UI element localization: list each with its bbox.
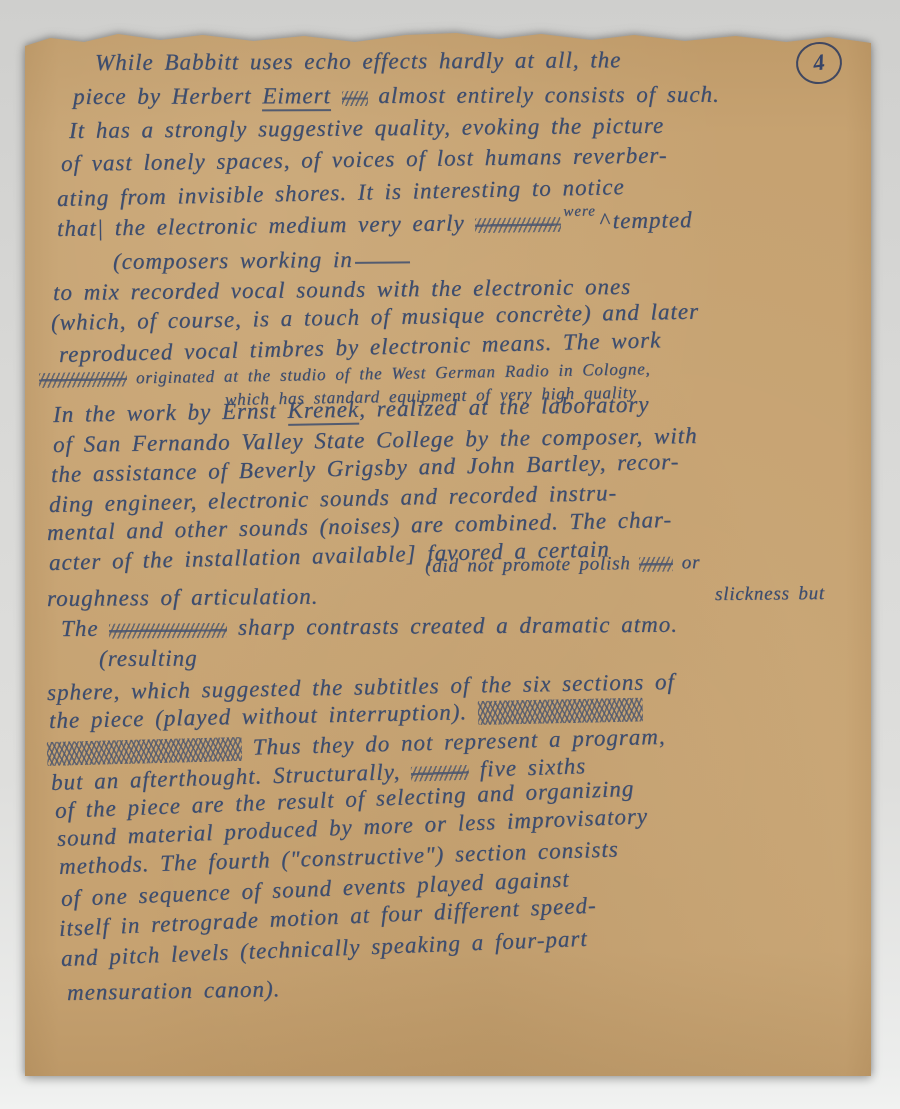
text-segment: ^: [599, 208, 610, 233]
text-segment: (resulting: [99, 645, 198, 671]
scribble-strikeout: [109, 623, 227, 639]
text-segment: It has a strongly suggestive quality, ev…: [69, 113, 664, 143]
text-segment: were: [563, 203, 596, 219]
text-segment: that| the electronic medium very early: [57, 210, 476, 241]
text-segment: While Babbitt uses echo effects hardly a…: [95, 47, 621, 75]
scribble-strikeout: [39, 371, 127, 388]
text-segment: (did not promote polish: [425, 553, 639, 577]
text-segment: slickness but: [715, 583, 825, 605]
scribble-strikeout: [342, 91, 368, 106]
manuscript-line: In the work by Ernst Krenek, realized at…: [53, 392, 650, 428]
text-segment: piece by Herbert: [73, 83, 262, 109]
text-segment: of vast lonely spaces, of voices of lost…: [61, 143, 668, 176]
text-segment: to mix recorded vocal sounds with the el…: [53, 274, 631, 305]
text-segment: ating from invisible shores. It is inter…: [57, 174, 625, 211]
text-segment: sharp contrasts created a dramatic atmo.: [227, 612, 678, 640]
text-segment: (composers working in: [113, 247, 353, 274]
manuscript-line: of vast lonely spaces, of voices of lost…: [61, 143, 668, 177]
text-segment: The: [61, 616, 109, 641]
text-segment: roughness of articulation.: [47, 584, 319, 611]
manuscript-line: It has a strongly suggestive quality, ev…: [69, 113, 664, 144]
text-segment: Krenek: [287, 397, 359, 426]
paper-sheet: While Babbitt uses echo effects hardly a…: [25, 30, 871, 1076]
text-segment: [331, 83, 342, 108]
text-segment: In the work by Ernst: [53, 398, 288, 427]
manuscript-text: While Babbitt uses echo effects hardly a…: [25, 30, 871, 1076]
manuscript-line: While Babbitt uses echo effects hardly a…: [95, 47, 621, 76]
page-number: 4: [811, 49, 826, 76]
text-segment: Thus they do not represent a program,: [242, 724, 666, 760]
manuscript-line: (did not promote polish or: [425, 550, 701, 580]
manuscript-line: (composers working in: [113, 246, 410, 275]
scribble-strikeout: [639, 557, 673, 572]
manuscript-line: (resulting: [99, 645, 198, 672]
manuscript-line: that| the electronic medium very early w…: [57, 207, 693, 245]
scribble-strikeout: [475, 217, 561, 233]
underline-stroke: [355, 261, 410, 263]
text-segment: or: [673, 552, 700, 573]
text-segment: tempted: [613, 207, 693, 233]
manuscript-line: piece by Herbert Eimert almost entirely …: [73, 82, 720, 110]
scribble-strikeout: [47, 737, 243, 766]
text-segment: Eimert: [262, 83, 331, 111]
text-segment: mensuration canon).: [67, 976, 281, 1005]
scribble-strikeout: [411, 765, 469, 782]
manuscript-line: ating from invisible shores. It is inter…: [57, 174, 625, 212]
manuscript-line: The sharp contrasts created a dramatic a…: [61, 612, 678, 642]
scribble-strikeout: [478, 698, 643, 725]
text-segment: almost entirely consists of such.: [368, 82, 720, 108]
manuscript-line: slickness but: [715, 581, 825, 608]
scanned-page: While Babbitt uses echo effects hardly a…: [25, 30, 871, 1076]
manuscript-line: mensuration canon).: [67, 976, 281, 1006]
text-segment: , realized at the laboratory: [359, 392, 650, 422]
manuscript-line: roughness of articulation.: [47, 584, 319, 612]
